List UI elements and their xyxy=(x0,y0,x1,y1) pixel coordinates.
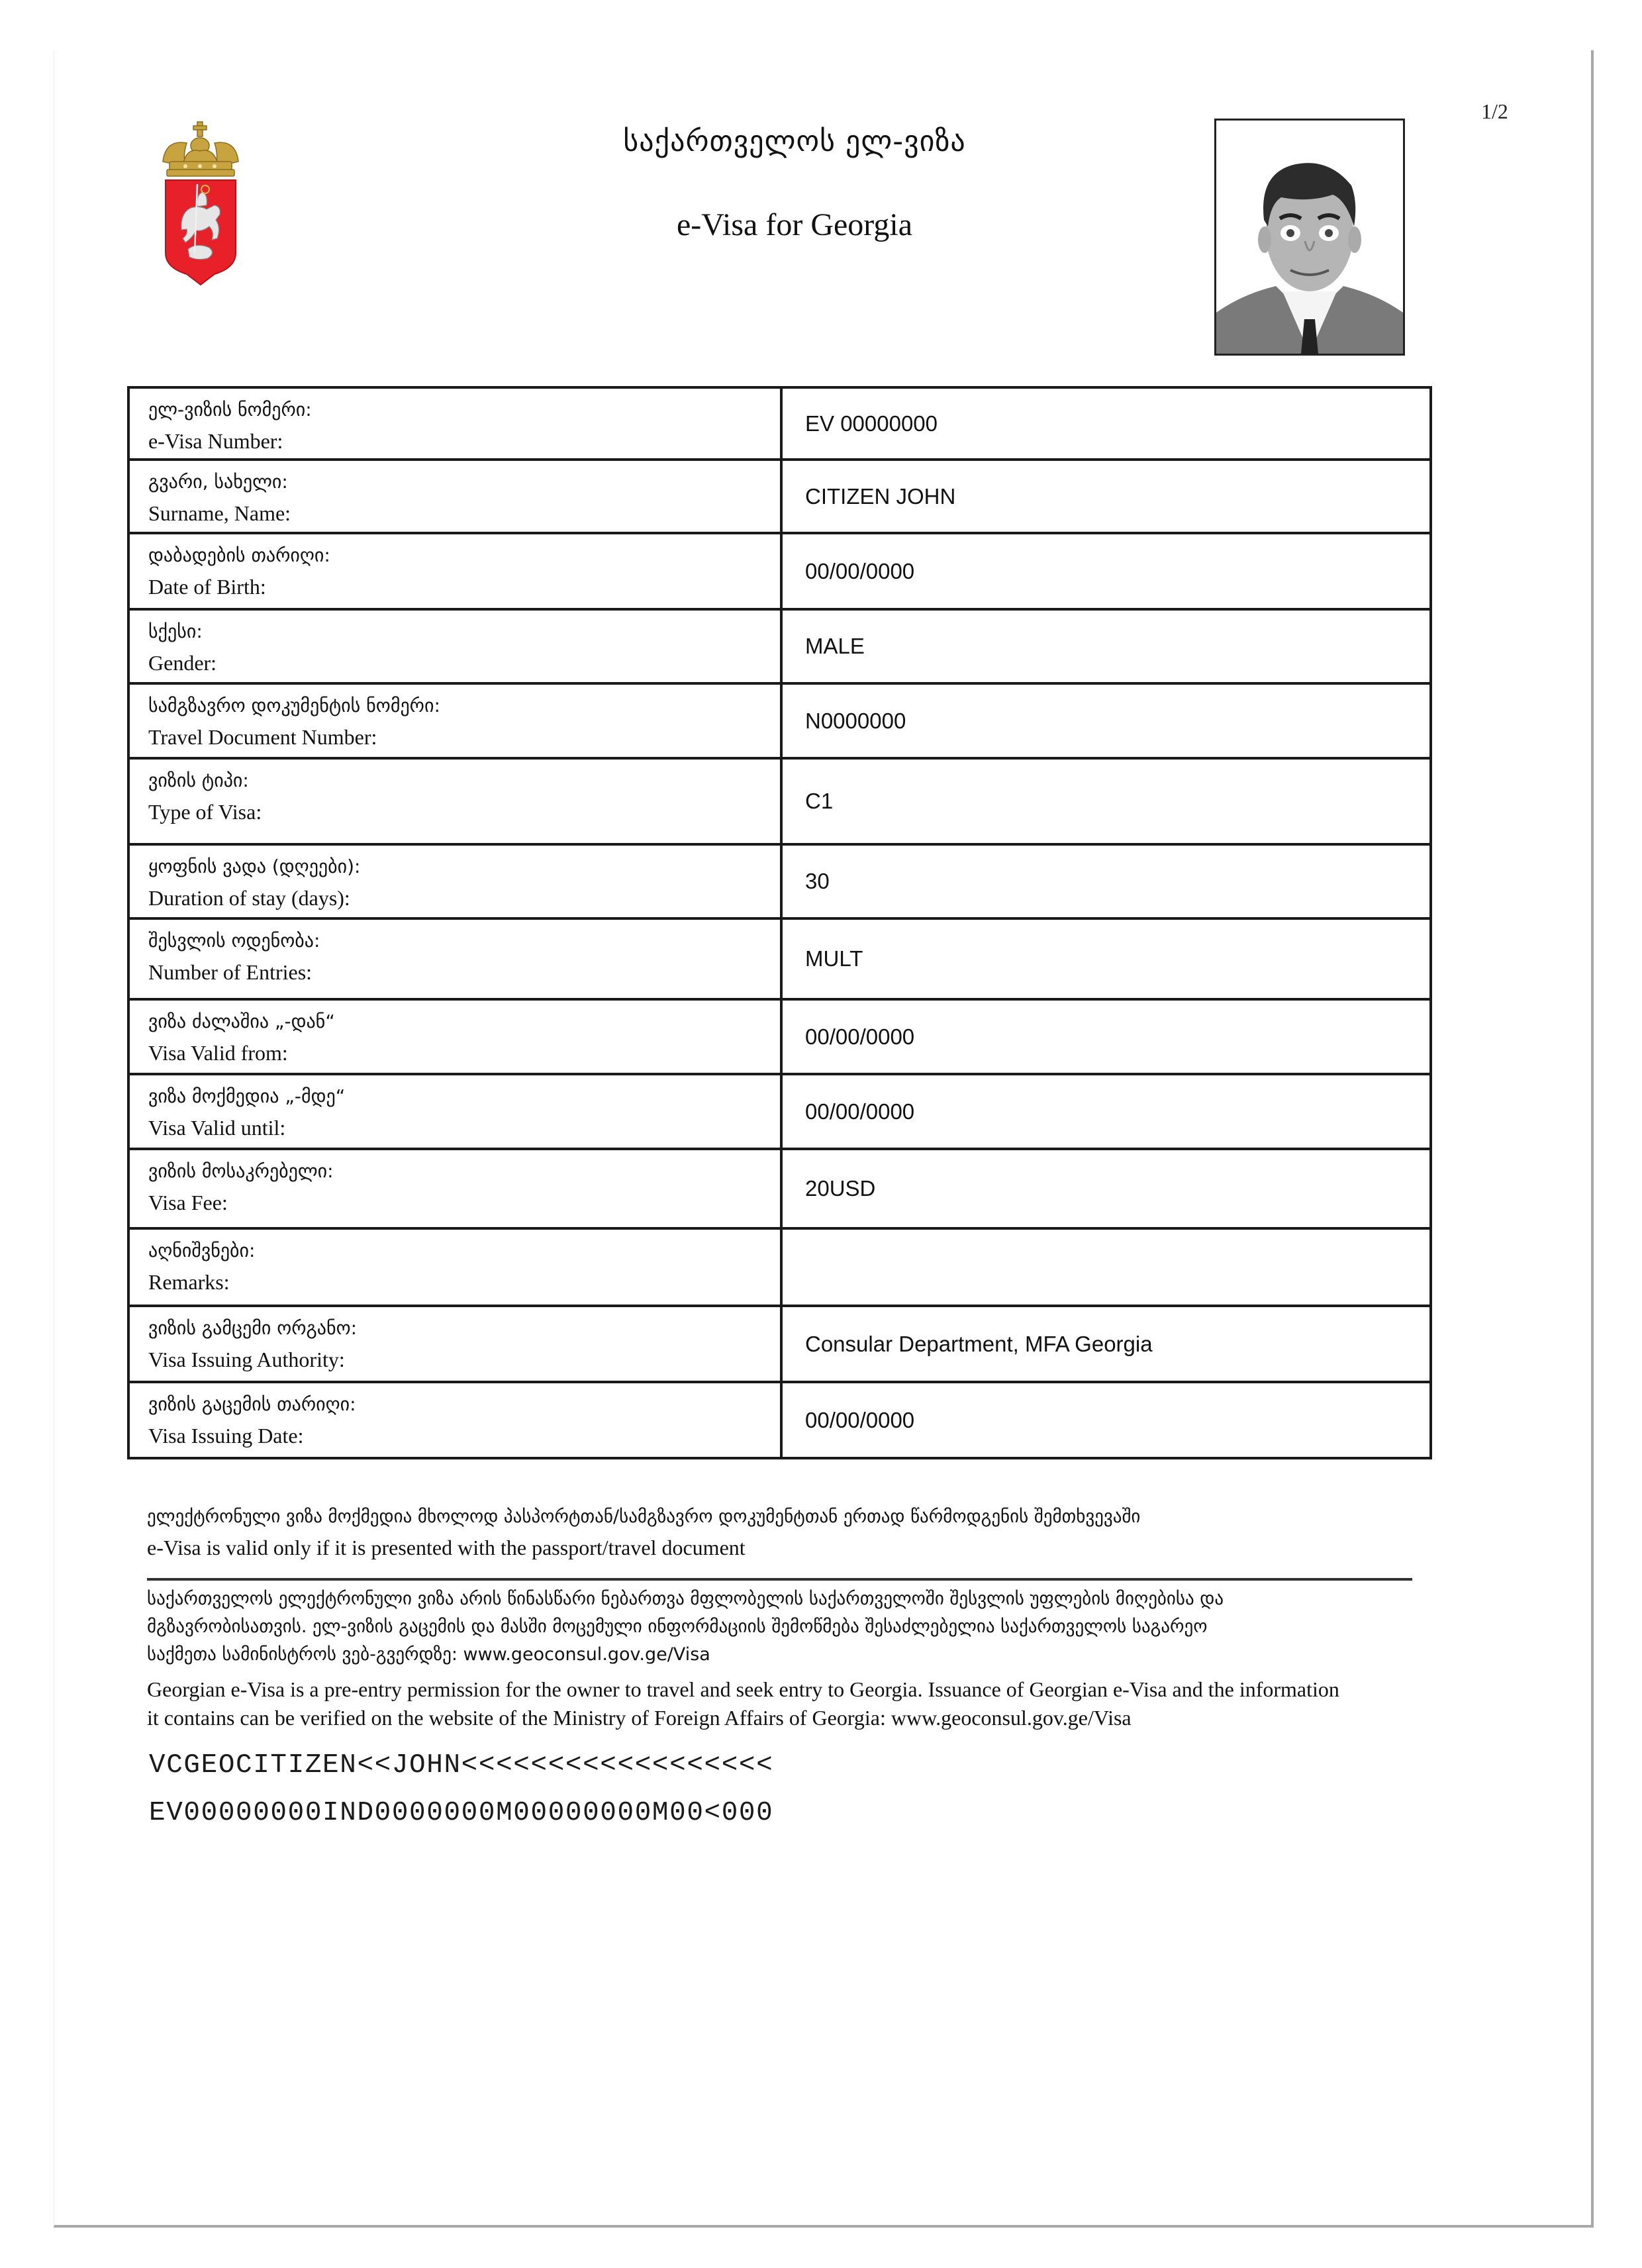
table-row: ვიზის მოსაკრებელი: Visa Fee: 20USD xyxy=(128,1149,1431,1228)
field-label-english: Visa Valid until: xyxy=(148,1111,780,1144)
field-value: MALE xyxy=(781,609,1431,683)
field-label-english: Remarks: xyxy=(148,1265,780,1299)
field-value: 00/00/0000 xyxy=(781,1074,1431,1149)
field-label-georgian: სამგზავრო დოკუმენტის ნომერი: xyxy=(148,691,780,720)
table-row: ელ-ვიზის ნომერი: e-Visa Number: EV 00000… xyxy=(128,387,1431,460)
field-value xyxy=(781,1228,1431,1306)
field-label: ელ-ვიზის ნომერი: e-Visa Number: xyxy=(128,387,781,460)
field-label-english: Date of Birth: xyxy=(148,570,780,603)
field-value: 30 xyxy=(781,844,1431,918)
field-label: გვარი, სახელი: Surname, Name: xyxy=(128,460,781,533)
field-value: Consular Department, MFA Georgia xyxy=(781,1306,1431,1382)
field-label: ვიზა ძალაშია „-დან“ Visa Valid from: xyxy=(128,999,781,1074)
person-portrait-icon xyxy=(1216,121,1403,354)
table-row: აღნიშვნები: Remarks: xyxy=(128,1228,1431,1306)
table-row: ვიზის ტიპი: Type of Visa: C1 xyxy=(128,758,1431,844)
field-value: N0000000 xyxy=(781,683,1431,758)
field-label: ვიზის გაცემის თარიღი: Visa Issuing Date: xyxy=(128,1382,781,1458)
field-label-georgian: ვიზის გამცემი ორგანო: xyxy=(148,1314,780,1343)
field-value: C1 xyxy=(781,758,1431,844)
applicant-photo xyxy=(1214,119,1405,356)
table-row: ვიზა ძალაშია „-დან“ Visa Valid from: 00/… xyxy=(128,999,1431,1074)
validity-note-georgian: ელექტრონული ვიზა მოქმედია მხოლოდ პასპორტ… xyxy=(147,1502,1405,1532)
field-label-georgian: სქესი: xyxy=(148,617,780,646)
table-row: დაბადების თარიღი: Date of Birth: 00/00/0… xyxy=(128,533,1431,609)
field-label-english: Visa Issuing Date: xyxy=(148,1419,780,1452)
permission-ka-line-2: მგზავრობისათვის. ელ-ვიზის გაცემის და მას… xyxy=(147,1613,1405,1641)
field-label-georgian: ელ-ვიზის ნომერი: xyxy=(148,395,780,424)
field-value: 20USD xyxy=(781,1149,1431,1228)
field-label-english: Travel Document Number: xyxy=(148,720,780,754)
field-label: ვიზა მოქმედია „-მდე“ Visa Valid until: xyxy=(128,1074,781,1149)
mrz-line-2: EV00000000IND0000000M00000000M00<000 xyxy=(149,1798,773,1828)
field-value: 00/00/0000 xyxy=(781,533,1431,609)
field-label-georgian: აღნიშვნები: xyxy=(148,1236,780,1265)
field-label-english: Type of Visa: xyxy=(148,795,780,828)
field-label: დაბადების თარიღი: Date of Birth: xyxy=(128,533,781,609)
permission-en-line-2: it contains can be verified on the websi… xyxy=(147,1704,1418,1732)
field-label-georgian: ვიზა ძალაშია „-დან“ xyxy=(148,1007,780,1036)
table-row: სქესი: Gender: MALE xyxy=(128,609,1431,683)
table-row: ვიზის გამცემი ორგანო: Visa Issuing Autho… xyxy=(128,1306,1431,1382)
divider xyxy=(147,1578,1412,1581)
field-value: 00/00/0000 xyxy=(781,999,1431,1074)
field-label-georgian: ყოფნის ვადა (დღეები): xyxy=(148,852,780,881)
visa-details-table: ელ-ვიზის ნომერი: e-Visa Number: EV 00000… xyxy=(127,386,1432,1459)
field-label-english: Visa Valid from: xyxy=(148,1036,780,1069)
table-row: ვიზის გაცემის თარიღი: Visa Issuing Date:… xyxy=(128,1382,1431,1458)
permission-note-georgian: საქართველოს ელექტრონული ვიზა არის წინასწ… xyxy=(147,1585,1405,1669)
field-label-english: Duration of stay (days): xyxy=(148,881,780,914)
table-row: გვარი, სახელი: Surname, Name: CITIZEN JO… xyxy=(128,460,1431,533)
field-label-english: Number of Entries: xyxy=(148,956,780,989)
field-label-georgian: ვიზის გაცემის თარიღი: xyxy=(148,1390,780,1419)
validity-note: ელექტრონული ვიზა მოქმედია მხოლოდ პასპორტ… xyxy=(147,1502,1405,1563)
field-label-georgian: დაბადების თარიღი: xyxy=(148,541,780,570)
field-label: შესვლის ოდენობა: Number of Entries: xyxy=(128,918,781,999)
table-row: ყოფნის ვადა (დღეები): Duration of stay (… xyxy=(128,844,1431,918)
field-label: აღნიშვნები: Remarks: xyxy=(128,1228,781,1306)
field-label: ვიზის მოსაკრებელი: Visa Fee: xyxy=(128,1149,781,1228)
field-label-georgian: ვიზის მოსაკრებელი: xyxy=(148,1157,780,1186)
field-value: MULT xyxy=(781,918,1431,999)
permission-en-line-1: Georgian e-Visa is a pre-entry permissio… xyxy=(147,1675,1418,1704)
page-number: 1/2 xyxy=(1481,99,1508,124)
permission-ka-line-3: საქმეთა სამინისტროს ვებ-გვერდზე: www.geo… xyxy=(147,1641,1405,1669)
field-label: ვიზის გამცემი ორგანო: Visa Issuing Autho… xyxy=(128,1306,781,1382)
field-value: EV 00000000 xyxy=(781,387,1431,460)
field-label: სქესი: Gender: xyxy=(128,609,781,683)
field-label-english: Visa Issuing Authority: xyxy=(148,1343,780,1376)
field-label: ყოფნის ვადა (დღეები): Duration of stay (… xyxy=(128,844,781,918)
field-label-georgian: ვიზა მოქმედია „-მდე“ xyxy=(148,1082,780,1111)
field-label-english: e-Visa Number: xyxy=(148,424,780,458)
field-label-english: Visa Fee: xyxy=(148,1186,780,1219)
validity-note-english: e-Visa is valid only if it is presented … xyxy=(147,1532,1405,1563)
field-label-english: Gender: xyxy=(148,646,780,679)
mrz-line-1: VCGEOCITIZEN<<JOHN<<<<<<<<<<<<<<<<<< xyxy=(149,1750,773,1781)
field-label-georgian: შესვლის ოდენობა: xyxy=(148,926,780,956)
permission-note-english: Georgian e-Visa is a pre-entry permissio… xyxy=(147,1675,1418,1732)
field-value: CITIZEN JOHN xyxy=(781,460,1431,533)
field-label: სამგზავრო დოკუმენტის ნომერი: Travel Docu… xyxy=(128,683,781,758)
table-row: სამგზავრო დოკუმენტის ნომერი: Travel Docu… xyxy=(128,683,1431,758)
field-value: 00/00/0000 xyxy=(781,1382,1431,1458)
field-label: ვიზის ტიპი: Type of Visa: xyxy=(128,758,781,844)
field-label-english: Surname, Name: xyxy=(148,497,780,530)
table-row: ვიზა მოქმედია „-მდე“ Visa Valid until: 0… xyxy=(128,1074,1431,1149)
permission-ka-line-1: საქართველოს ელექტრონული ვიზა არის წინასწ… xyxy=(147,1585,1405,1613)
field-label-georgian: ვიზის ტიპი: xyxy=(148,766,780,795)
table-row: შესვლის ოდენობა: Number of Entries: MULT xyxy=(128,918,1431,999)
field-label-georgian: გვარი, სახელი: xyxy=(148,468,780,497)
